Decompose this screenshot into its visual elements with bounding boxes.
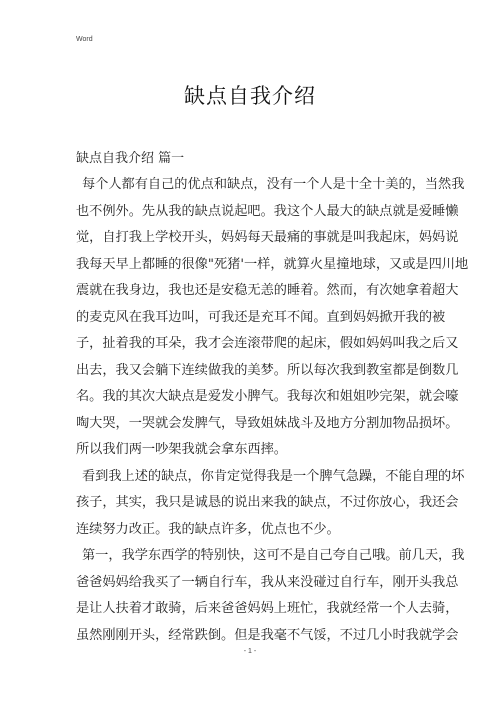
text-line: 也不例外。先从我的缺点说起吧。我这个人最大的缺点就是爱睡懒 [76,199,428,226]
text-line: 啕大哭，一哭就会发脾气，导致姐妹战斗及地方分割加物品损坏。 [76,411,428,438]
document-body: 缺点自我介绍 篇一 每个人都有自己的优点和缺点，没有一个人是十全十美的，当然我 … [76,150,428,649]
text-line: 虽然刚刚开头，经常跌倒。但是我毫不气馁，不过几小时我就学会 [76,623,428,650]
document-title: 缺点自我介绍 [0,80,500,110]
text-line: 出去，我又会躺下连续做我的美梦。所以每次我到教室都是倒数几 [76,358,428,385]
text-line: 爸爸妈妈给我买了一辆自行车，我从来没碰过自行车，刚开头我总 [76,570,428,597]
text-line: 名。我的其次大缺点是爱发小脾气。我每次和姐姐吵完架，就会嚎 [76,384,428,411]
text-line: 觉，自打我上学校开头，妈妈每天最痛的事就是叫我起床，妈妈说 [76,225,428,252]
text-line: 我每天早上都睡的很像"死猪'一样，就算火星撞地球，又或是四川地 [76,252,428,279]
paragraph-1: 每个人都有自己的优点和缺点，没有一个人是十全十美的，当然我 也不例外。先从我的缺… [76,172,428,464]
text-line: 每个人都有自己的优点和缺点，没有一个人是十全十美的，当然我 [76,172,428,199]
text-line: 第一，我学东西学的特别快，这可不是自己夸自己哦。前几天，我 [76,543,428,570]
text-line: 看到我上述的缺点，你肯定觉得我是一个脾气急躁，不能自理的坏 [76,464,428,491]
page-number: - 1 - [0,648,500,655]
text-line: 子，扯着我的耳朵，我才会连滚带爬的起床，假如妈妈叫我之后又 [76,331,428,358]
section-heading: 缺点自我介绍 篇一 [76,150,428,168]
page-header-label: Word [76,36,93,43]
text-line: 孩子，其实，我只是诚恳的说出来我的缺点，不过你放心，我还会 [76,490,428,517]
text-line: 的麦克风在我耳边叫，可我还是充耳不闻。直到妈妈掀开我的被 [76,305,428,332]
text-line: 所以我们两一吵架我就会拿东西摔。 [76,437,428,464]
paragraph-3: 第一，我学东西学的特别快，这可不是自己夸自己哦。前几天，我 爸爸妈妈给我买了一辆… [76,543,428,649]
text-line: 连续努力改正。我的缺点许多，优点也不少。 [76,517,428,544]
paragraph-2: 看到我上述的缺点，你肯定觉得我是一个脾气急躁，不能自理的坏 孩子，其实，我只是诚… [76,464,428,544]
text-line: 震就在我身边，我也还是安稳无恙的睡着。然而，有次她拿着超大 [76,278,428,305]
text-line: 是让人扶着才敢骑，后来爸爸妈妈上班忙，我就经常一个人去骑， [76,596,428,623]
